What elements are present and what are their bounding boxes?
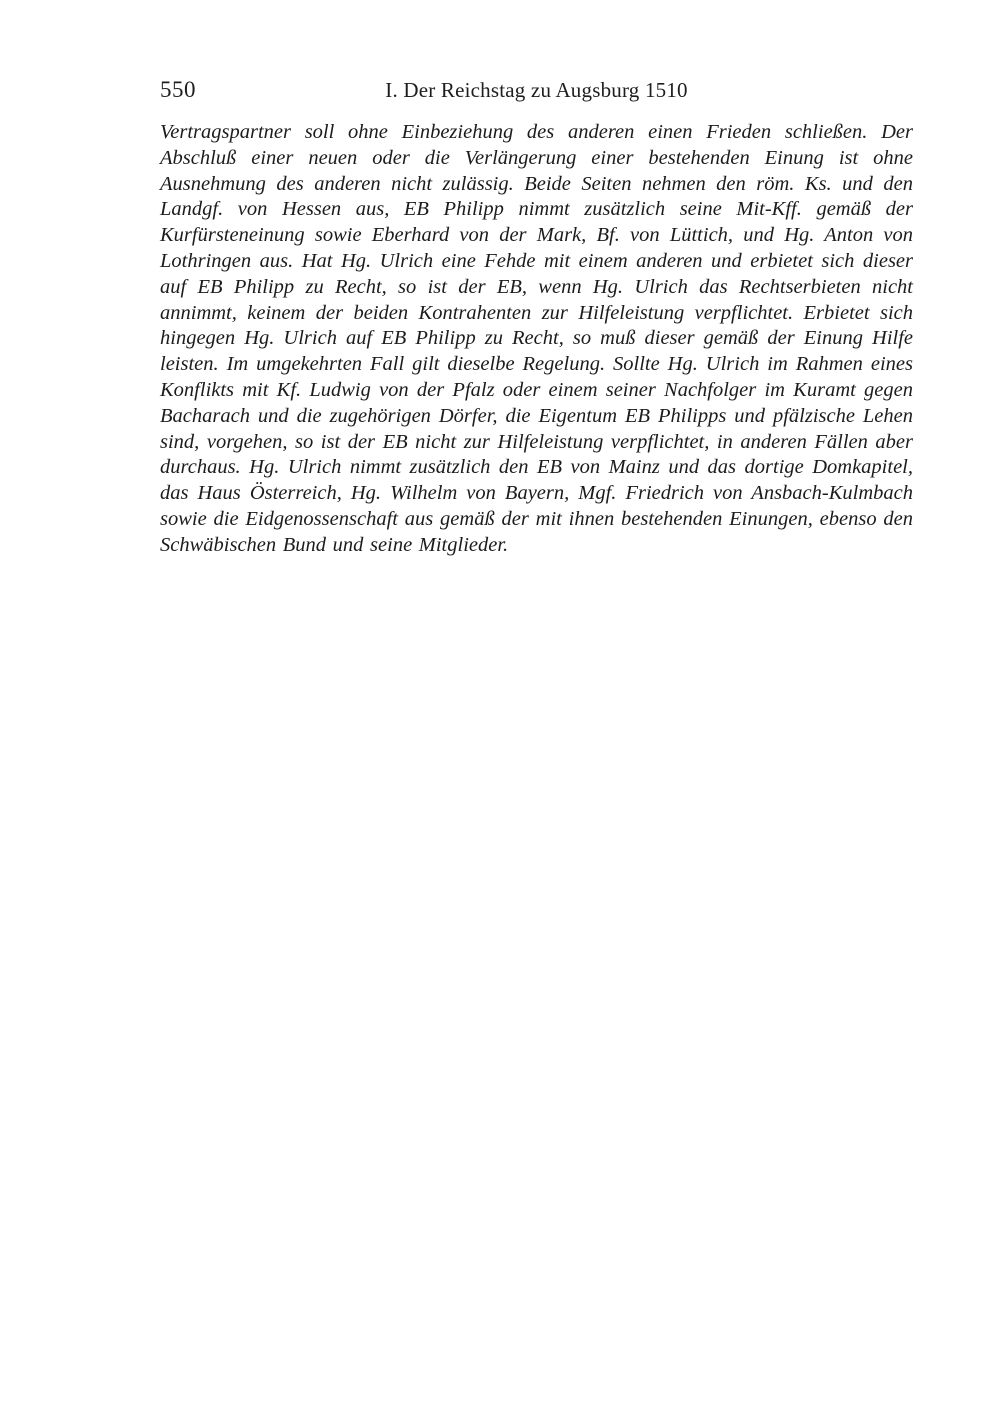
page-number: 550 (160, 76, 196, 104)
running-header-title: I. Der Reichstag zu Augsburg 1510 (385, 76, 688, 104)
text-block: 550 I. Der Reichstag zu Augsburg 1510 Ve… (160, 76, 913, 559)
book-page: 550 I. Der Reichstag zu Augsburg 1510 Ve… (0, 0, 1004, 1418)
body-paragraph: Vertragspartner soll ohne Einbeziehung d… (160, 120, 913, 559)
running-header: 550 I. Der Reichstag zu Augsburg 1510 (160, 76, 913, 104)
